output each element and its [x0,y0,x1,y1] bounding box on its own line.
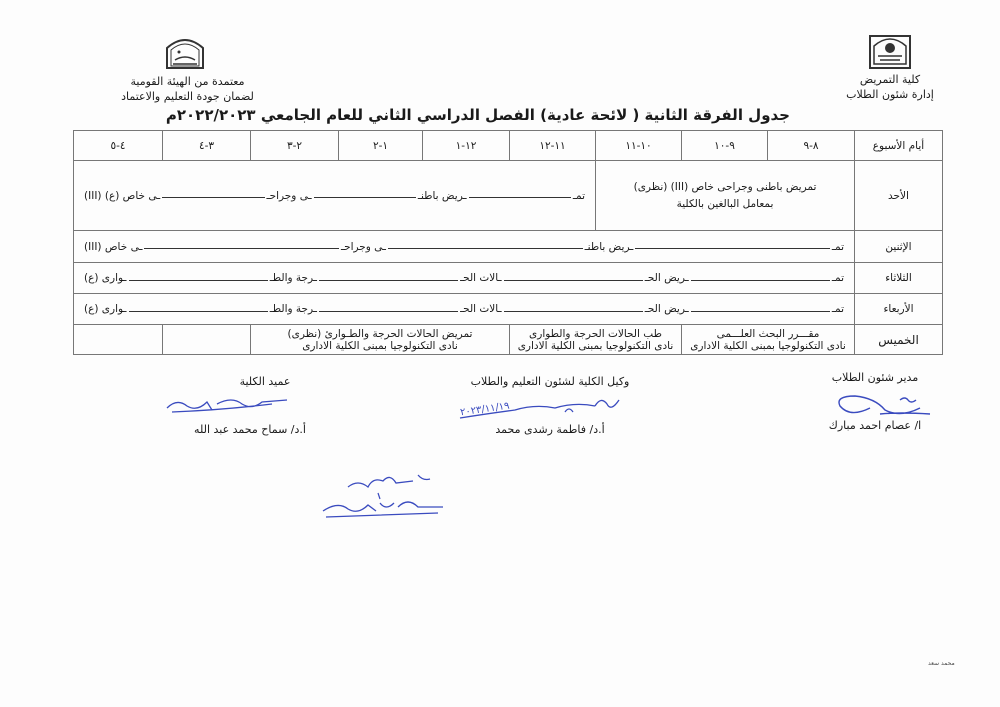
empty-cell [74,325,163,355]
day-label: الأحد [855,161,943,231]
day-label: الخميس [855,325,943,355]
time-slot-header: ٢-٣ [251,131,339,161]
department-name: إدارة شئون الطلاب [845,87,935,102]
day-label: الإثنين [855,231,943,263]
course-fragment: ـريض باطنـ [418,190,467,202]
handwritten-approval-icon [318,463,448,523]
faculty-logo-icon [868,34,912,70]
course-fragment: تمـ [832,272,844,284]
course-fragment: ـوارى (ع) [84,272,127,284]
course-fragment: ـى وجراحـ [267,190,312,202]
course-fragment: تمـ [832,241,844,253]
course-fragment: ـريض باطنـ [585,241,634,253]
class-cell: تمريض الحالات الحرجة والطـوارئ (نظرى) نا… [251,325,510,355]
table-row-wednesday: الأربعاء تمـ ـريض الحـ ـالات الحـ ـرجة و… [74,294,943,325]
signature-title: عميد الكلية [180,374,350,389]
handwritten-signature-icon [810,388,940,420]
accreditation-header: معتمدة من الهيئة القومية لضمان جودة التع… [120,74,255,104]
course-name: مقـــرر البحث العلـــمى [686,328,850,340]
empty-cell [163,325,251,355]
course-name: طب الحالات الحرجة والطوارى [514,328,677,340]
class-cell: طب الحالات الحرجة والطوارى نادى التكنولو… [510,325,682,355]
accreditation-logo-icon [163,36,207,70]
time-slot-header: ١-٢ [339,131,423,161]
course-location: نادى التكنولوجيا بمبنى الكلية الادارى [686,340,850,352]
signature-name: أ.د/ سماح محمد عبد الله [150,422,350,437]
course-fragment: ـالات الحـ [460,272,501,284]
course-location: نادى التكنولوجيا بمبنى الكلية الادارى [255,340,505,352]
footnote-author: محمد سعد [928,660,955,667]
days-header: أيام الأسبوع [855,131,943,161]
accreditation-line-1: معتمدة من الهيئة القومية [120,74,255,89]
table-row-thursday: الخميس مقـــرر البحث العلـــمى نادى التك… [74,325,943,355]
course-name: تمريض الحالات الحرجة والطـوارئ (نظرى) [255,328,505,340]
document-title: جدول الفرقة الثانية ( لائحة عادية) الفصل… [230,106,790,124]
signature-name: أ.د/ فاطمة رشدى محمد [420,422,680,437]
course-name: تمريض باطنى وجراحى خاص (III) (نظرى) [600,181,850,193]
handwritten-signature-icon [162,390,292,418]
faculty-header: كلية التمريض إدارة شئون الطلاب [845,72,935,102]
course-location: نادى التكنولوجيا بمبنى الكلية الادارى [514,340,677,352]
time-slot-header: ١١-١٢ [510,131,596,161]
course-fragment: ـريض الحـ [645,303,689,315]
course-fragment: ـرجة والطـ [270,303,317,315]
class-cell: تمـ ـريض الحـ ـالات الحـ ـرجة والطـ ـوار… [74,263,855,294]
time-slot-header: ٩-١٠ [682,131,768,161]
course-fragment: ـى خاص (ع) (III) [84,190,160,202]
course-fragment: ـوارى (ع) [84,303,127,315]
course-fragment: ـى وجراحـ [341,241,386,253]
course-fragment: ـى خاص (III) [84,241,142,253]
day-label: الثلاثاء [855,263,943,294]
course-fragment: ـريض الحـ [645,272,689,284]
time-slot-header: ٨-٩ [768,131,855,161]
class-cell: مقـــرر البحث العلـــمى نادى التكنولوجيا… [682,325,855,355]
signature-title: وكيل الكلية لشئون التعليم والطلاب [420,374,680,389]
time-slot-header: ١٢-١ [423,131,510,161]
day-label: الأربعاء [855,294,943,325]
course-fragment: تمـ [573,190,585,202]
table-row-monday: الإثنين تمـ ـريض باطنـ ـى وجراحـ ـى خاص … [74,231,943,263]
signature-name: ا/ عصام احمد مبارك [800,418,950,433]
time-slot-header: ٤-٥ [74,131,163,161]
accreditation-line-2: لضمان جودة التعليم والاعتماد [120,89,255,104]
table-row-tuesday: الثلاثاء تمـ ـريض الحـ ـالات الحـ ـرجة و… [74,263,943,294]
class-cell: تمريض باطنى وجراحى خاص (III) (نظرى) بمعا… [596,161,855,231]
class-cell: تمـ ـريض باطنـ ـى وجراحـ ـى خاص (ع) (III… [74,161,596,231]
table-row-sunday: الأحد تمريض باطنى وجراحى خاص (III) (نظرى… [74,161,943,231]
course-location: بمعامل البالغين بالكلية [600,198,850,210]
time-slot-header: ٣-٤ [163,131,251,161]
faculty-name: كلية التمريض [845,72,935,87]
course-fragment: تمـ [832,303,844,315]
course-fragment: ـالات الحـ [460,303,501,315]
class-cell: تمـ ـريض باطنـ ـى وجراحـ ـى خاص (III) [74,231,855,263]
time-slot-header: ١٠-١١ [596,131,682,161]
signature-title: مدير شئون الطلاب [800,370,950,385]
schedule-table: أيام الأسبوع ٨-٩ ٩-١٠ ١٠-١١ ١١-١٢ ١٢-١ ١… [73,130,943,355]
header-row: أيام الأسبوع ٨-٩ ٩-١٠ ١٠-١١ ١١-١٢ ١٢-١ ١… [74,131,943,161]
course-fragment: ـرجة والطـ [270,272,317,284]
class-cell: تمـ ـريض الحـ ـالات الحـ ـرجة والطـ ـوار… [74,294,855,325]
